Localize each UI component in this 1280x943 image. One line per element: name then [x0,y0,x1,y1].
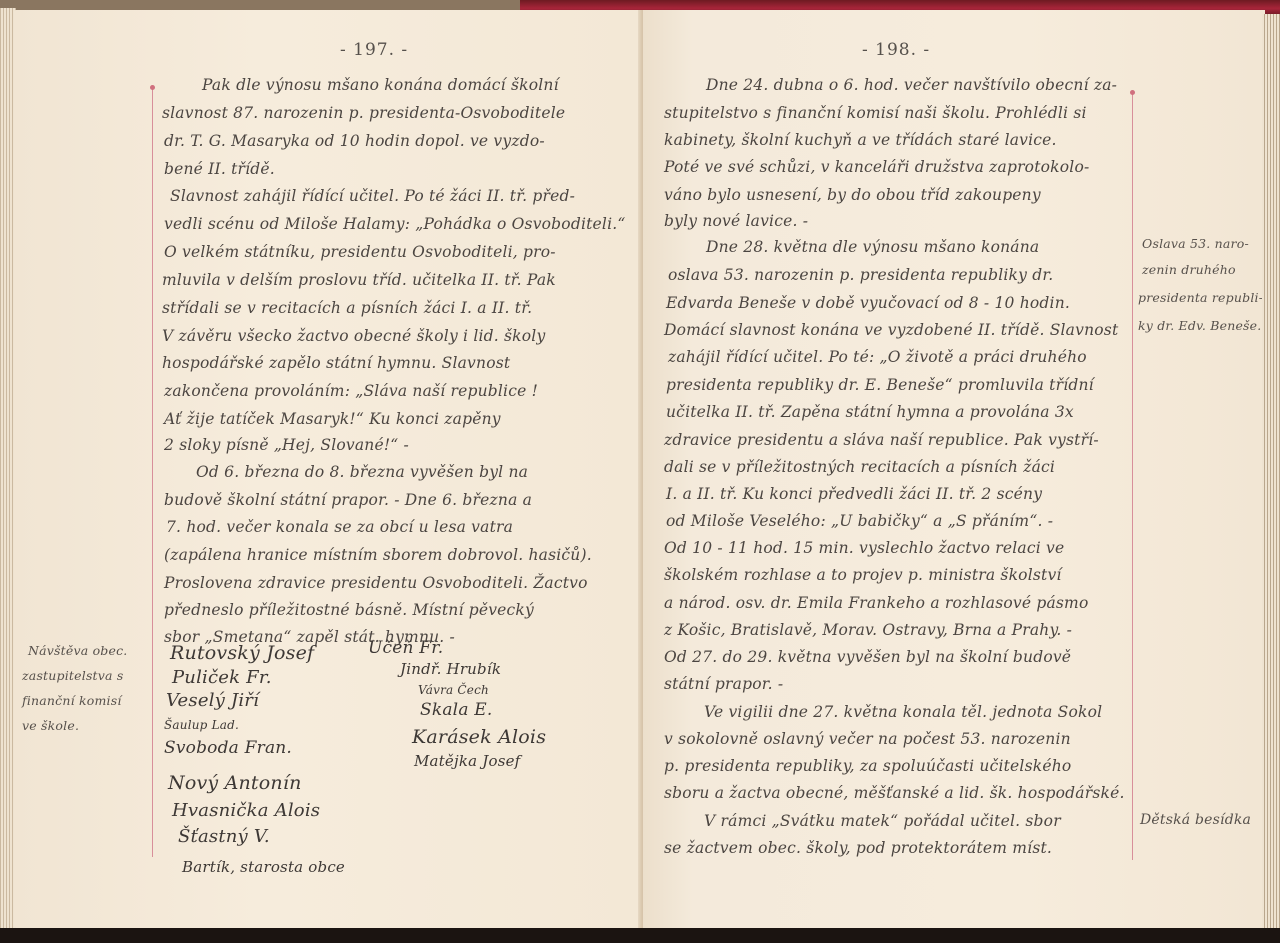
signature: Puliček Fr. [172,667,272,688]
text-line: váno bylo usnesení, by do obou tříd zako… [664,186,1041,204]
right-margin-rule [1132,92,1133,860]
text-line: byly nové lavice. - [664,212,808,230]
text-line: Od 6. března do 8. března vyvěšen byl na [196,463,528,481]
text-line: Pak dle výnosu mšano konána domácí školn… [202,76,559,94]
signature: Šaulup Lad. [164,718,239,732]
text-line: hospodářské zapělo státní hymnu. Slavnos… [162,354,510,372]
margin-note-line: ky dr. Edv. Beneše. [1138,318,1261,333]
text-line: a národ. osv. dr. Emila Frankeho a rozhl… [664,594,1088,612]
signature: Jindř. Hrubík [400,660,501,678]
open-ledger-book: - 197. - Pak dle výnosu mšano konána dom… [0,0,1280,930]
signature: Svoboda Fran. [164,738,292,758]
text-line: Slavnost zahájil řídící učitel. Po té žá… [170,187,575,205]
text-line: střídali se v recitacích a písních žáci … [162,299,532,317]
text-line: školském rozhlase a to projev p. ministr… [664,566,1062,584]
signature: Hvasnička Alois [172,800,320,821]
text-line: slavnost 87. narozenin p. presidenta-Osv… [162,104,565,122]
text-line: bené II. třídě. [164,160,275,178]
text-line: dr. T. G. Masaryka od 10 hodin dopol. ve… [164,132,545,150]
signature: Rutovský Josef [170,642,314,664]
text-line: budově školní státní prapor. - Dne 6. bř… [164,491,532,509]
text-line: O velkém státníku, presidentu Osvobodite… [164,243,556,261]
text-line: Ať žije tatíček Masaryk!“ Ku konci zapěn… [164,410,501,428]
text-line: Od 10 - 11 hod. 15 min. vyslechlo žactvo… [664,539,1064,557]
text-line: Dne 28. května dle výnosu mšano konána [706,238,1039,256]
text-line: přednеslo příležitostné básně. Místní pě… [164,601,534,619]
text-line: v sokolovně oslavný večer na počest 53. … [664,730,1071,748]
text-line: vedli scénu od Miloše Halamy: „Pohádka o… [164,215,625,233]
text-line: se žactvem obec. školy, pod protektoráte… [664,839,1052,857]
signature: Matějka Josef [414,752,520,770]
margin-note-line: Oslava 53. naro- [1142,236,1249,251]
table-surface [0,928,1280,943]
signature: Bartík, starosta obce [182,858,345,876]
text-line: od Miloše Veselého: „U babičky“ a „S přá… [666,512,1053,530]
signature: Skala E. [420,700,492,720]
page-edges-right [1262,14,1280,928]
text-line: Edvarda Beneše v době vyučovací od 8 - 1… [666,294,1070,312]
text-line: p. presidenta republiky, za spoluúčasti … [664,757,1071,775]
left-margin-rule [152,87,153,857]
page-number-198: - 198. - [862,40,930,60]
text-line: I. a II. tř. Ku konci předvedli žáci II.… [666,485,1042,503]
signature: Učeň Fr. [368,638,443,658]
text-line: presidenta republiky dr. E. Beneše“ prom… [666,376,1094,394]
text-line: Od 27. do 29. května vyvěšen byl na škol… [664,648,1071,666]
page-number-197: - 197. - [340,40,408,60]
text-line: zakončena provoláním: „Sláva naší republ… [164,382,538,400]
text-line: mluvila v delším proslovu tříd. učitelka… [162,271,556,289]
text-line: sboru a žactva obecné, měšťanské a lid. … [664,784,1125,802]
text-line: Proslovena zdravice presidentu Osvobodit… [164,574,588,592]
signature: Šťastný V. [178,826,270,847]
signature: Nový Antonín [168,772,302,794]
text-line: z Košic, Bratislavě, Morav. Ostravy, Brn… [664,621,1072,639]
text-line: 7. hod. večer konala se za obcí u lesa v… [166,518,513,536]
margin-note-line: Dětská besídka [1140,812,1251,828]
text-line: V závěru všecko žactvo obecné školy i li… [162,327,545,345]
text-line: V rámci „Svátku matek“ pořádal učitel. s… [704,812,1061,830]
text-line: státní prapor. - [664,675,783,693]
text-line: Dne 24. dubna o 6. hod. večer navštívilo… [706,76,1117,94]
margin-note-line: presidenta republi- [1138,290,1263,305]
text-line: Domácí slavnost konána ve vyzdobené II. … [664,321,1118,339]
margin-note-line: zastupitelstva s [22,668,124,683]
text-line: (zapálena hranice místním sborem dobrovo… [164,546,592,564]
text-line: zahájil řídící učitel. Po té: „O životě … [668,348,1087,366]
margin-note-line: Návštěva obec. [28,643,127,658]
book-cover-edge [0,0,520,10]
text-line: oslava 53. narozenin p. presidenta repub… [668,266,1053,284]
text-line: kabinety, školní kuchyň a ve třídách sta… [664,131,1057,149]
signature: Karásek Alois [412,726,546,748]
text-line: dali se v příležitostných recitacích a p… [664,458,1055,476]
signature: Vávra Čech [418,683,489,697]
text-line: Poté ve své schůzi, v kanceláři družstva… [664,158,1089,176]
signature: Veselý Jiří [166,690,259,711]
margin-note-line: ve škole. [22,718,79,733]
text-line: učitelka II. tř. Zapěna státní hymna a p… [666,403,1074,421]
margin-note-line: zenin druhého [1142,262,1236,277]
text-line: 2 sloky písně „Hej, Slované!“ - [164,436,409,454]
text-line: stupitelstvo s finanční komisí naši škol… [664,104,1087,122]
text-line: Ve vigilii dne 27. května konala těl. je… [704,703,1102,721]
text-line: zdravice presidentu a sláva naší republi… [664,431,1099,449]
margin-note-line: finanční komisí [22,693,122,708]
